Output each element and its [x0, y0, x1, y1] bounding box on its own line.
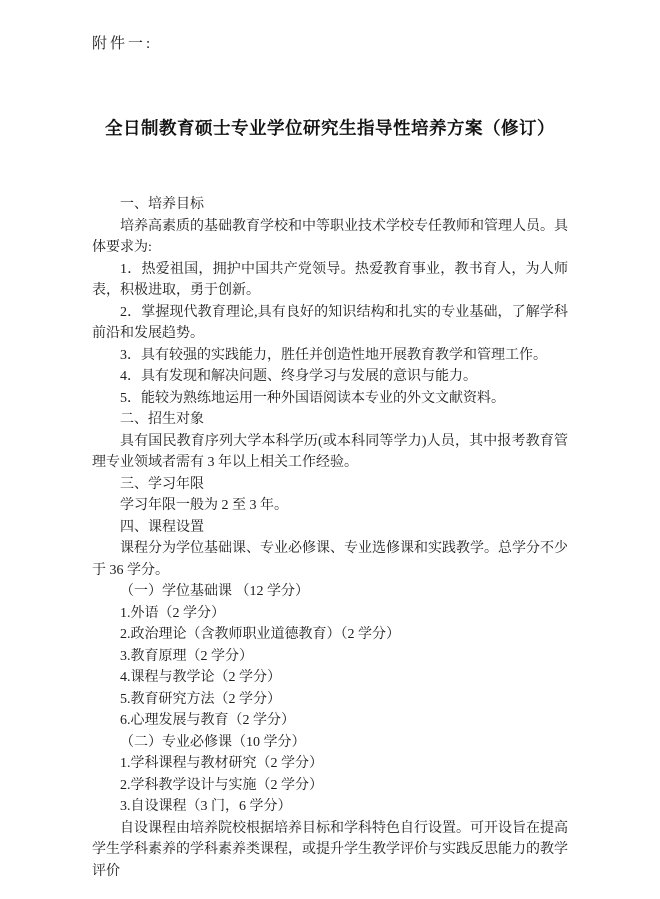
paragraph: 6.心理发展与教育（2 学分）	[92, 710, 568, 732]
paragraph: 1.学科课程与教材研究（2 学分）	[92, 753, 568, 775]
paragraph: 一、培养目标	[92, 194, 568, 216]
paragraph: （二）专业必修课（10 学分）	[92, 732, 568, 754]
paragraph: 2.学科教学设计与实施（2 学分）	[92, 775, 568, 797]
attachment-label: 附件一:	[92, 34, 568, 54]
paragraph: 1.外语（2 学分）	[92, 603, 568, 625]
paragraph: 培养高素质的基础教育学校和中等职业技术学校专任教师和管理人员。具体要求为:	[92, 216, 568, 259]
document-body: 一、培养目标培养高素质的基础教育学校和中等职业技术学校专任教师和管理人员。具体要…	[92, 194, 568, 882]
paragraph: 5.教育研究方法（2 学分）	[92, 689, 568, 711]
paragraph: 学习年限一般为 2 至 3 年。	[92, 495, 568, 517]
paragraph: 1．热爱祖国，拥护中国共产党领导。热爱教育事业，教书育人，为人师表，积极进取，勇…	[92, 259, 568, 302]
paragraph: 课程分为学位基础课、专业必修课、专业选修课和实践教学。总学分不少于 36 学分。	[92, 538, 568, 581]
paragraph: （一）学位基础课 （12 学分）	[92, 581, 568, 603]
paragraph: 5．能较为熟练地运用一种外国语阅读本专业的外文文献资料。	[92, 388, 568, 410]
paragraph: 2.政治理论（含教师职业道德教育）（2 学分）	[92, 624, 568, 646]
paragraph: 3.自设课程（3 门，6 学分）	[92, 796, 568, 818]
paragraph: 四、课程设置	[92, 517, 568, 539]
paragraph: 具有国民教育序列大学本科学历(或本科同等学力)人员，其中报考教育管理专业领域者需…	[92, 431, 568, 474]
paragraph: 二、招生对象	[92, 409, 568, 431]
paragraph: 4.课程与教学论（2 学分）	[92, 667, 568, 689]
paragraph: 2．掌握现代教育理论,具有良好的知识结构和扎实的专业基础，了解学科前沿和发展趋势…	[92, 302, 568, 345]
paragraph: 3.教育原理（2 学分）	[92, 646, 568, 668]
document-page: 附件一: 全日制教育硕士专业学位研究生指导性培养方案（修订） 一、培养目标培养高…	[0, 0, 660, 899]
paragraph: 3．具有较强的实践能力，胜任并创造性地开展教育教学和管理工作。	[92, 345, 568, 367]
document-title: 全日制教育硕士专业学位研究生指导性培养方案（修订）	[92, 116, 568, 140]
paragraph: 三、学习年限	[92, 474, 568, 496]
paragraph: 4．具有发现和解决问题、终身学习与发展的意识与能力。	[92, 366, 568, 388]
paragraph: 自设课程由培养院校根据培养目标和学科特色自行设置。可开设旨在提高学生学科素养的学…	[92, 818, 568, 883]
